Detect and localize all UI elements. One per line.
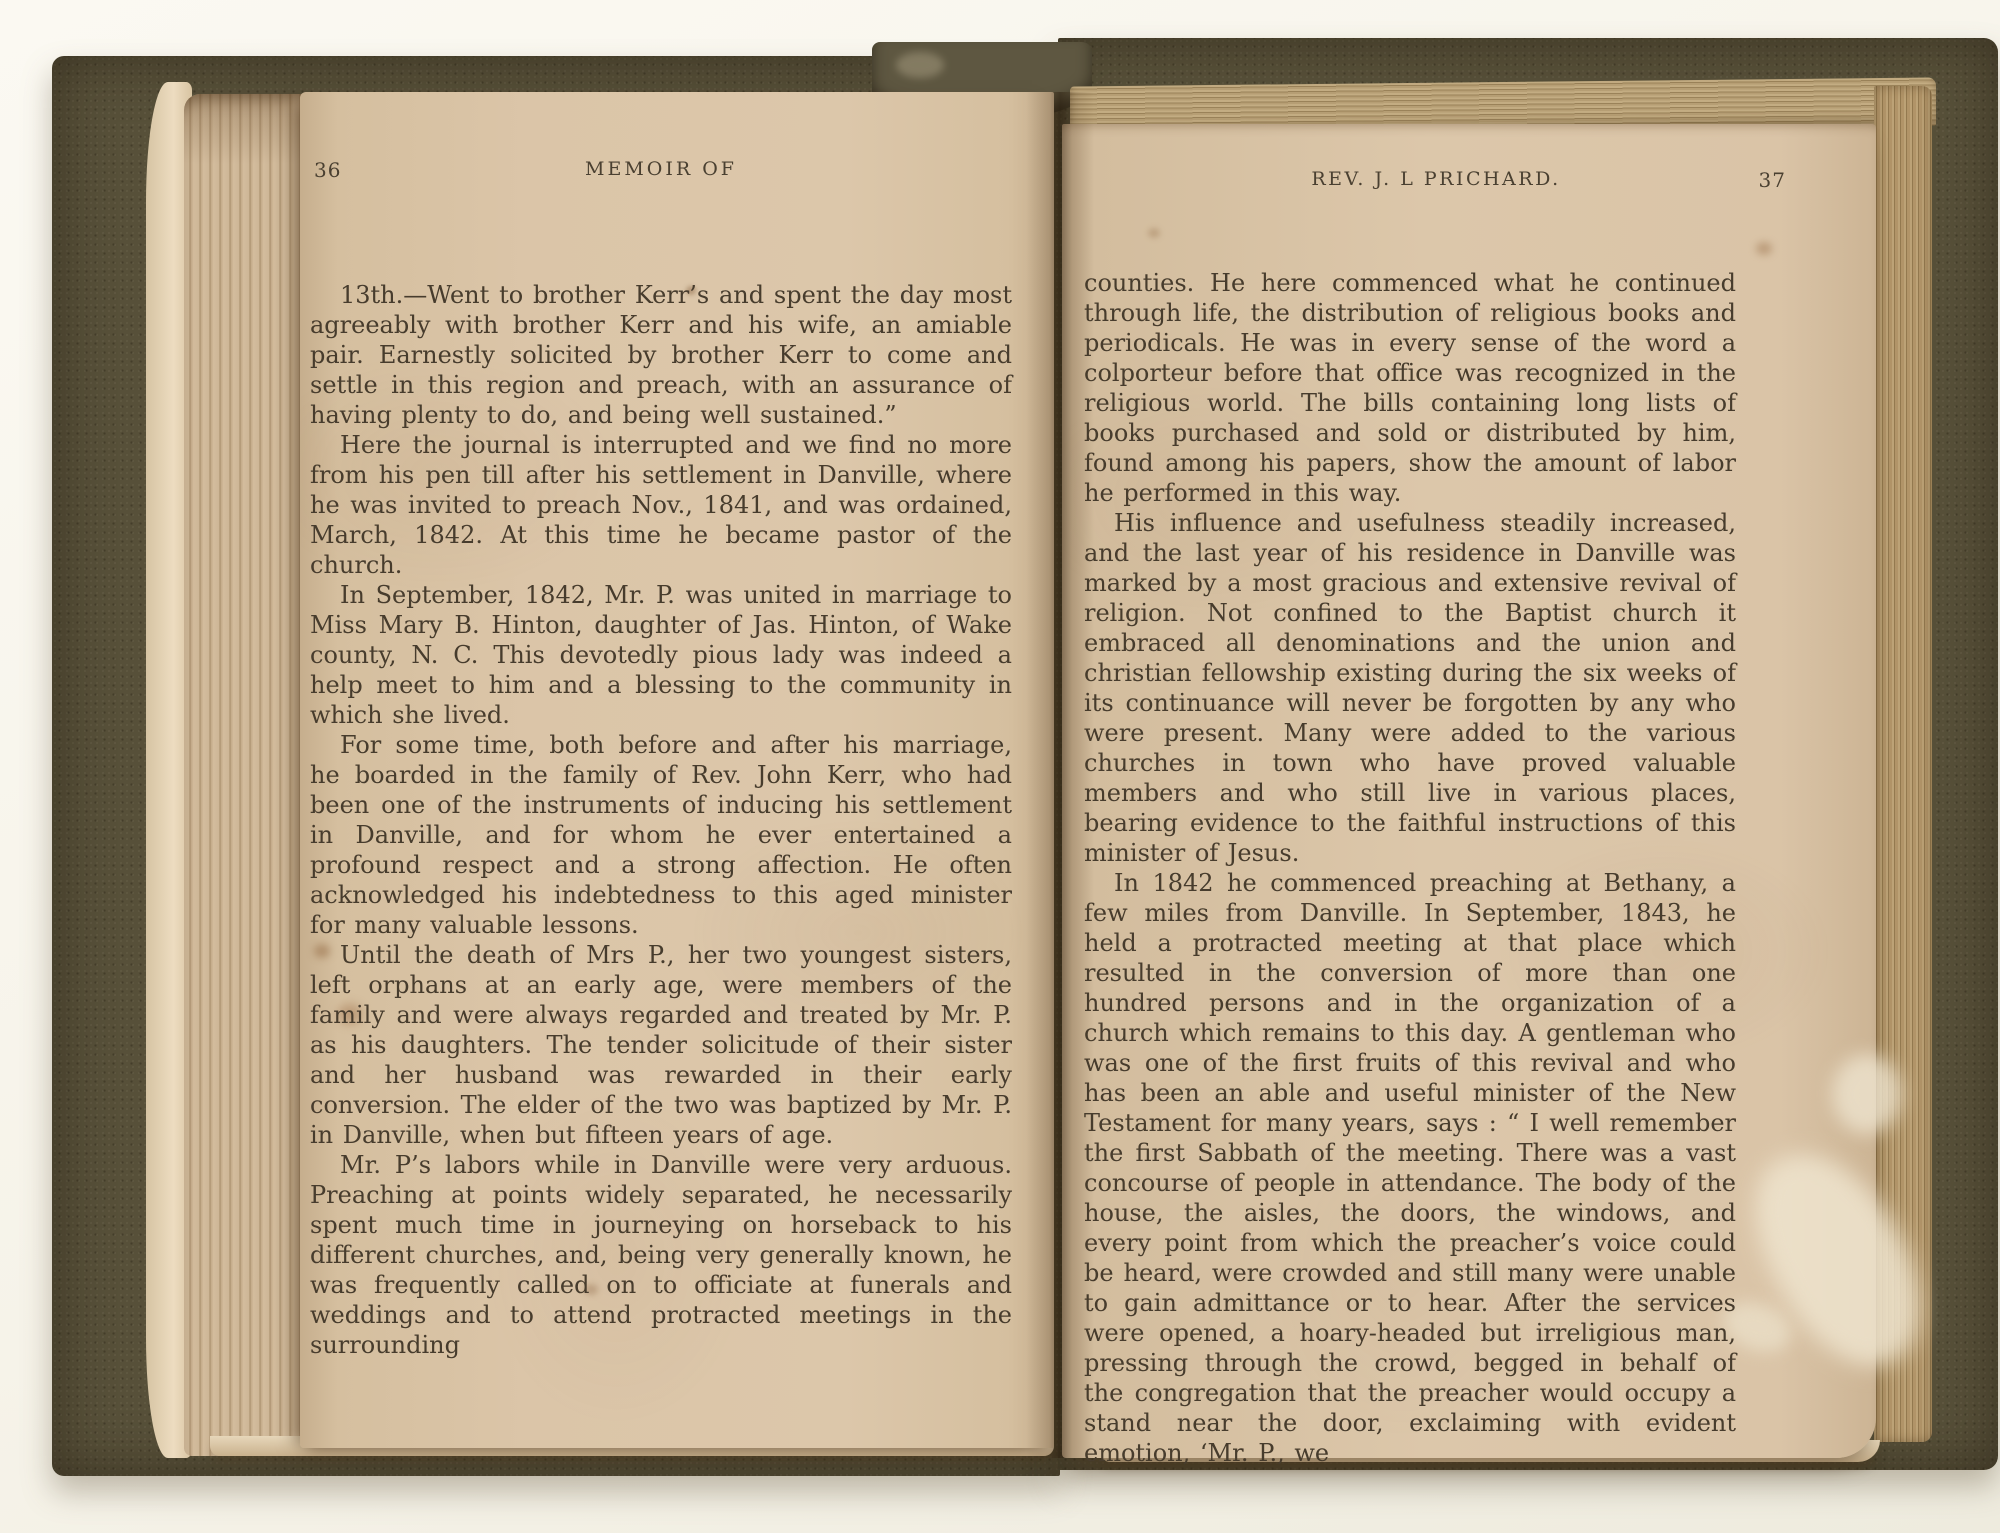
paragraph: 13th.—Went to brother Kerr’s and spent t… [310, 280, 1012, 430]
book-photo: 36 MEMOIR OF 13th.—Went to brother Kerr’… [0, 0, 2000, 1533]
page-36: 36 MEMOIR OF 13th.—Went to brother Kerr’… [300, 92, 1054, 1448]
paragraph: counties. He here commenced what he cont… [1084, 268, 1736, 508]
paragraph: Mr. P’s labors while in Danville were ve… [310, 1150, 1012, 1360]
page-number-37: 37 [1759, 168, 1786, 192]
fore-edge-right [1874, 86, 1932, 1442]
page-36-body: 13th.—Went to brother Kerr’s and spent t… [310, 280, 1012, 1360]
spine-wear-patch [896, 52, 944, 78]
paragraph: In 1842 he commenced preaching at Bethan… [1084, 868, 1736, 1468]
running-header-right: REV. J. L PRICHARD. [1084, 168, 1788, 190]
page-37-text-block: REV. J. L PRICHARD. 37 counties. He here… [1084, 168, 1788, 1468]
paragraph: In September, 1842, Mr. P. was united in… [310, 580, 1012, 730]
page-edges-left [184, 94, 314, 1456]
page-36-text-block: 36 MEMOIR OF 13th.—Went to brother Kerr’… [310, 158, 1012, 1360]
page-37-body: counties. He here commenced what he cont… [1084, 268, 1736, 1468]
page-37-header: REV. J. L PRICHARD. 37 [1084, 168, 1788, 194]
running-header-left: MEMOIR OF [310, 158, 1012, 180]
paragraph: Until the death of Mrs P., her two young… [310, 940, 1012, 1150]
paragraph: For some time, both before and after his… [310, 730, 1012, 940]
paragraph: His influence and usefulness steadily in… [1084, 508, 1736, 868]
page-37: REV. J. L PRICHARD. 37 counties. He here… [1062, 124, 1876, 1458]
page-36-header: 36 MEMOIR OF [310, 158, 1012, 184]
paragraph: Here the journal is interrupted and we f… [310, 430, 1012, 580]
